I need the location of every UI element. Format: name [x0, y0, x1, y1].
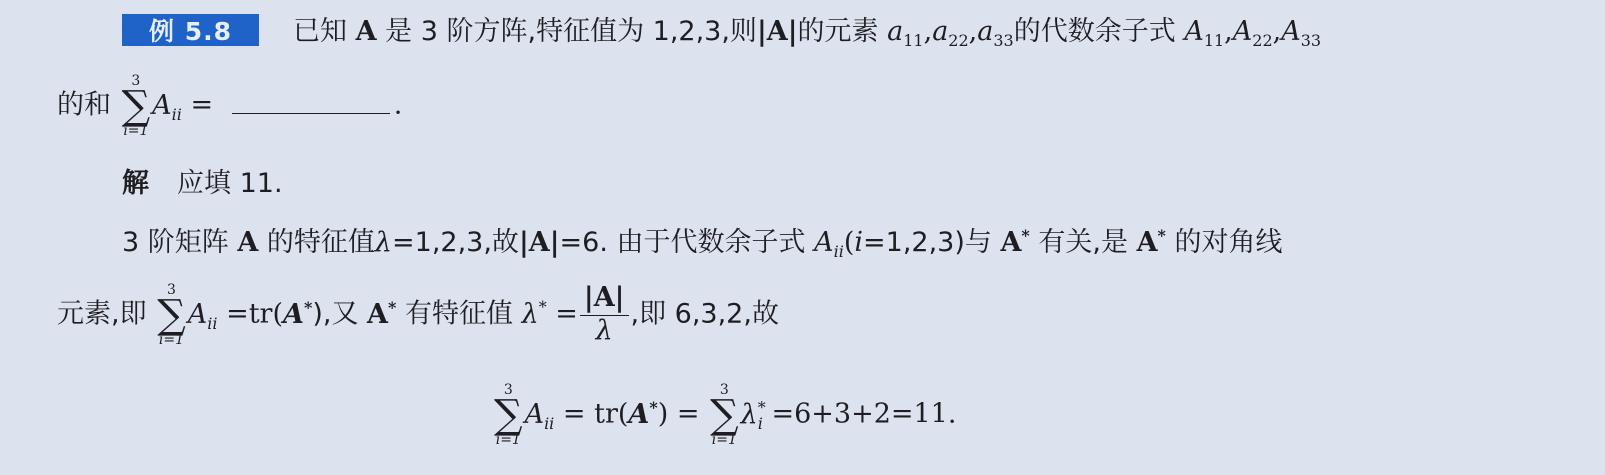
- example-badge: 例 5.8: [122, 14, 259, 46]
- sigma-symbol: ∑: [710, 397, 739, 433]
- text: 的元素: [798, 16, 879, 47]
- equals: =: [190, 90, 213, 121]
- text: 是 3 阶方阵,特征值为 1,2,3,则: [385, 16, 757, 47]
- problem-statement-line-1: 已知 A 是 3 阶方阵,特征值为 1,2,3,则|A|的元素 a11,a22,…: [293, 18, 1321, 49]
- solution-label: 解: [122, 168, 149, 199]
- problem-statement-line-2: 的和 3 ∑ i=1 Aii = .: [57, 74, 402, 138]
- sigma-symbol: ∑: [122, 88, 151, 124]
- text: 的代数余子式: [1014, 16, 1176, 47]
- text: 已知: [293, 16, 347, 47]
- lambda: λ: [375, 227, 392, 258]
- cofactor-A33: A33: [1281, 16, 1321, 47]
- element-a33: a33: [977, 16, 1013, 47]
- adjugate-A: A*: [1000, 227, 1029, 258]
- summation: 3 ∑ i=1: [710, 383, 739, 447]
- display-equation: 3 ∑ i=1 Aii = tr(A*) = 3 ∑ i=1 λ*i =6+3+…: [492, 383, 956, 447]
- adjugate-A: A*: [367, 299, 396, 330]
- matrix-A: A: [237, 227, 258, 258]
- adjugate-A: A*: [628, 399, 657, 430]
- solution-answer: 应填 11.: [177, 168, 283, 199]
- text: 的和: [57, 90, 111, 121]
- element-a22: a22: [932, 16, 968, 47]
- answer-blank: [232, 91, 390, 114]
- determinant-A: |A|: [757, 16, 798, 47]
- adjugate-A: A*: [1137, 227, 1166, 258]
- cofactor-A11: A11: [1184, 16, 1224, 47]
- element-a11: a11: [887, 16, 923, 47]
- summation: 3 ∑ i=1: [122, 74, 151, 138]
- summation: 3 ∑ i=1: [494, 383, 523, 447]
- cofactor-Aii: Aii: [152, 90, 182, 121]
- solution-line: 解应填 11.: [122, 170, 283, 197]
- explanation-line-1: 3 阶矩阵 A 的特征值λ=1,2,3,故|A|=6. 由于代数余子式 Aii(…: [122, 228, 1283, 260]
- determinant-A: |A|: [519, 227, 560, 258]
- fraction: |A| λ: [580, 284, 629, 346]
- matrix-A: A: [356, 16, 377, 47]
- sigma-symbol: ∑: [494, 397, 523, 433]
- sigma-symbol: ∑: [157, 297, 186, 333]
- summation: 3 ∑ i=1: [157, 283, 186, 347]
- adjugate-A: A*: [283, 299, 312, 330]
- explanation-line-2: 元素,即 3 ∑ i=1 Aii =tr(A*),又 A* 有特征值 λ* = …: [57, 283, 779, 347]
- cofactor-A22: A22: [1233, 16, 1273, 47]
- lambda-i-star: λ*i: [741, 399, 763, 430]
